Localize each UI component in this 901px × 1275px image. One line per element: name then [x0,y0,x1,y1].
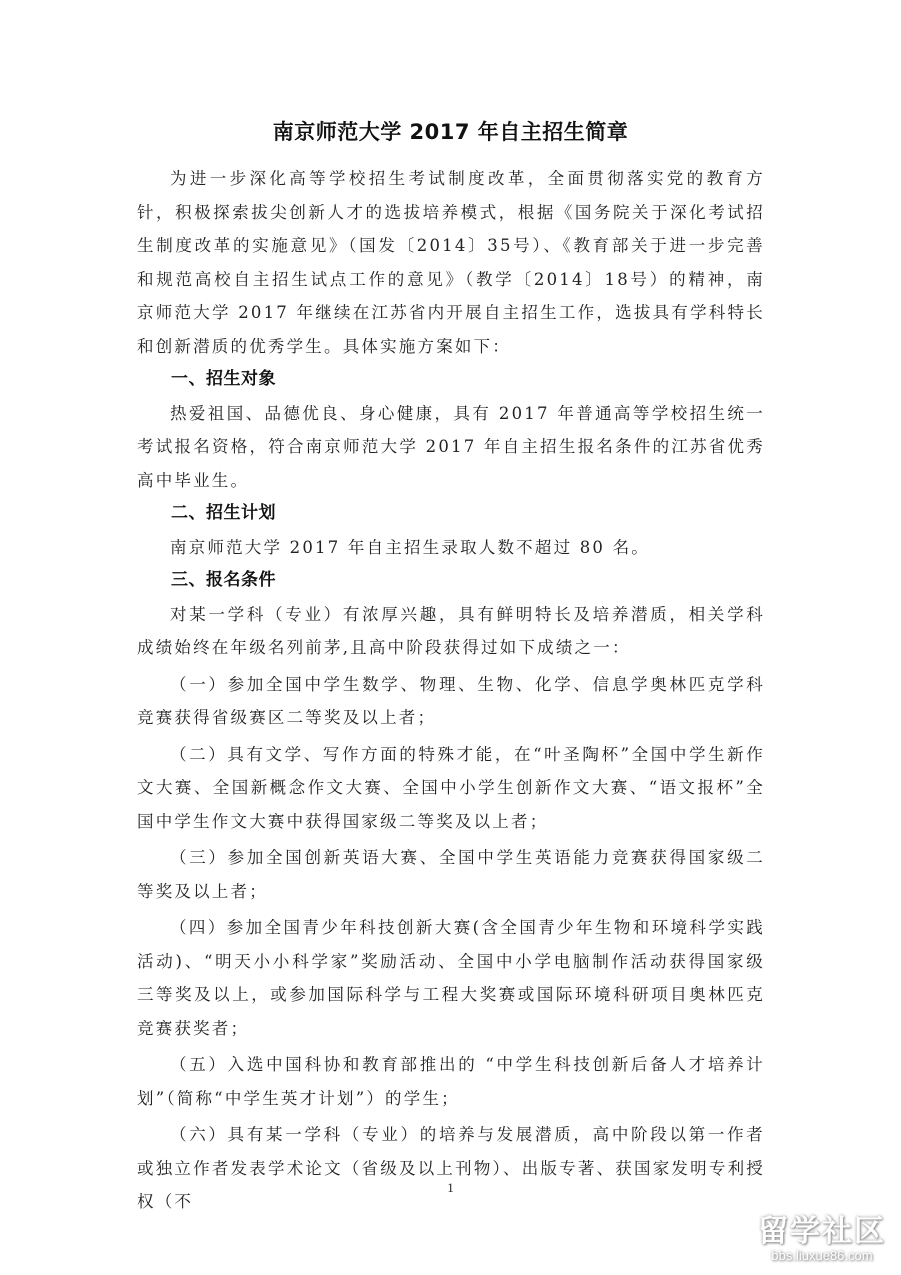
condition-item: （三）参加全国创新英语大赛、全国中学生英语能力竞赛获得国家级二等奖及以上者； [137,841,765,908]
document-body: 为进一步深化高等学校招生考试制度改革，全面贯彻落实党的教育方针，积极探索拔尖创新… [137,162,765,1219]
watermark-text: 留学社区 [742,1215,901,1249]
document-title: 南京师范大学 2017 年自主招生简章 [0,116,901,146]
section-paragraph: 南京师范大学 2017 年自主招生录取人数不超过 80 名。 [137,531,765,565]
condition-item: （六）具有某一学科（专业）的培养与发展潜质，高中阶段以第一作者或独立作者发表学术… [137,1118,765,1219]
section-paragraph: 对某一学科（专业）有浓厚兴趣，具有鲜明特长及培养潜质，相关学科成绩始终在年级名列… [137,598,765,665]
page-number: 1 [0,1180,901,1196]
document-page: 南京师范大学 2017 年自主招生简章 为进一步深化高等学校招生考试制度改革，全… [0,0,901,1275]
condition-item: （四）参加全国青少年科技创新大赛(含全国青少年生物和环境科学实践活动)、“明天小… [137,911,765,1045]
section-heading-conditions: 三、报名条件 [137,564,765,598]
section-heading-target: 一、招生对象 [137,363,765,397]
condition-item: （五）入选中国科协和教育部推出的 “中学生科技创新后备人才培养计划”（简称“中学… [137,1048,765,1115]
watermark-logo: 留学社区 bbs.liuxue86.com [742,1215,901,1275]
condition-item: （二）具有文学、写作方面的特殊才能，在“叶圣陶杯”全国中学生新作文大赛、全国新概… [137,738,765,839]
intro-paragraph: 为进一步深化高等学校招生考试制度改革，全面贯彻落实党的教育方针，积极探索拔尖创新… [137,162,765,363]
condition-item: （一）参加全国中学生数学、物理、生物、化学、信息学奥林匹克学科竞赛获得省级赛区二… [137,668,765,735]
section-paragraph: 热爱祖国、品德优良、身心健康，具有 2017 年普通高等学校招生统一考试报名资格… [137,397,765,498]
section-heading-plan: 二、招生计划 [137,497,765,531]
watermark-url: bbs.liuxue86.com [742,1249,901,1263]
